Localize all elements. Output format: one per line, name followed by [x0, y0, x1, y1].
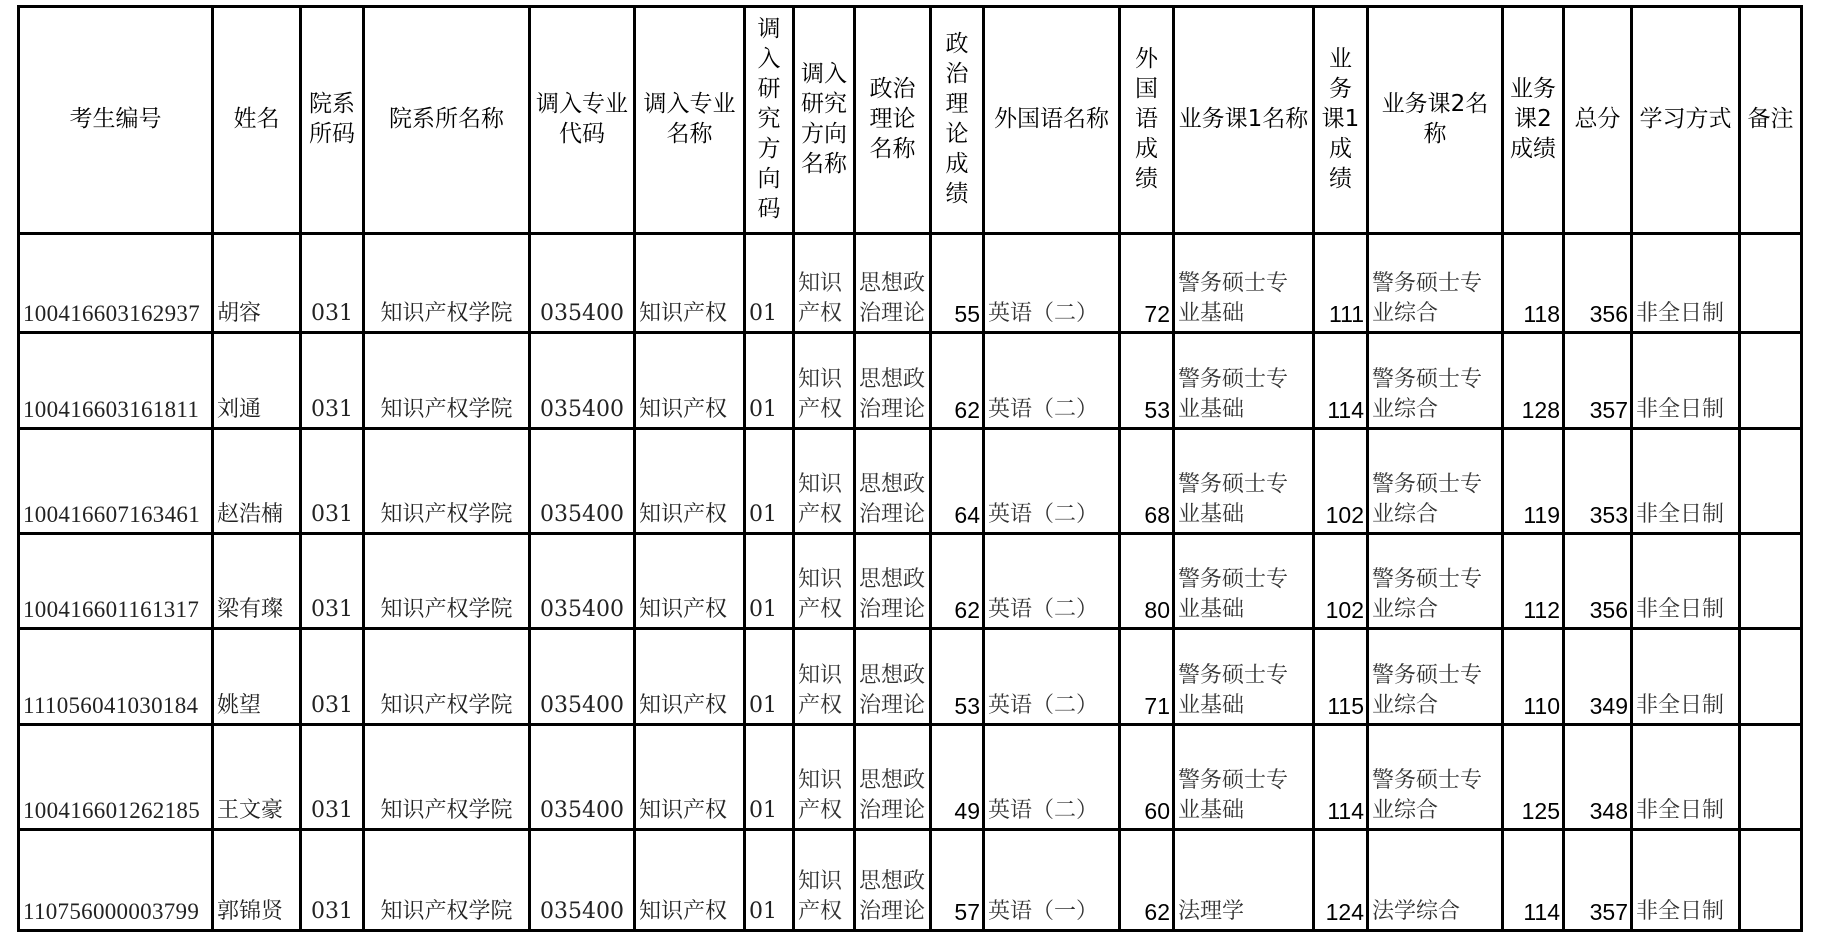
- cell-course1-name: 警务硕士专业基础: [1174, 629, 1314, 725]
- cell-total: 353: [1564, 429, 1632, 534]
- cell-politics-name: 思想政治理论: [855, 629, 931, 725]
- header-politics-name: 政治理论名称: [855, 7, 931, 234]
- cell-foreign-lang-score: 68: [1120, 429, 1174, 534]
- cell-major-name: 知识产权: [635, 429, 745, 534]
- cell-major-name: 知识产权: [635, 725, 745, 830]
- cell-exam-id: 100416607163461: [19, 429, 213, 534]
- cell-politics-name: 思想政治理论: [855, 333, 931, 429]
- cell-study-mode: 非全日制: [1632, 234, 1740, 333]
- cell-study-mode: 非全日制: [1632, 629, 1740, 725]
- cell-dept-code: 031: [301, 534, 364, 629]
- admission-score-sheet: 考生编号 姓名 院系所码 院系所名称 调入专业代码 调入专业名称 调入研究方向码…: [17, 5, 1803, 932]
- cell-course1-name: 警务硕士专业基础: [1174, 234, 1314, 333]
- cell-major-code: 035400: [530, 830, 635, 931]
- cell-study-mode: 非全日制: [1632, 534, 1740, 629]
- cell-course1-score: 124: [1314, 830, 1368, 931]
- cell-foreign-lang-name: 英语（二）: [984, 234, 1120, 333]
- cell-total: 356: [1564, 534, 1632, 629]
- cell-course1-name: 警务硕士专业基础: [1174, 725, 1314, 830]
- cell-study-mode: 非全日制: [1632, 429, 1740, 534]
- cell-foreign-lang-name: 英语（二）: [984, 629, 1120, 725]
- cell-remark: [1740, 429, 1802, 534]
- cell-major-name: 知识产权: [635, 534, 745, 629]
- cell-dept-code: 031: [301, 830, 364, 931]
- cell-course2-name: 警务硕士专业综合: [1368, 333, 1503, 429]
- cell-exam-id: 100416603162937: [19, 234, 213, 333]
- cell-total: 348: [1564, 725, 1632, 830]
- cell-course2-name: 警务硕士专业综合: [1368, 725, 1503, 830]
- cell-course2-score: 119: [1503, 429, 1564, 534]
- cell-course1-name: 警务硕士专业基础: [1174, 534, 1314, 629]
- cell-remark: [1740, 534, 1802, 629]
- cell-foreign-lang-score: 60: [1120, 725, 1174, 830]
- cell-direction-name: 知识产权: [794, 629, 855, 725]
- cell-course2-name: 警务硕士专业综合: [1368, 429, 1503, 534]
- cell-dept-code: 031: [301, 429, 364, 534]
- cell-foreign-lang-score: 53: [1120, 333, 1174, 429]
- cell-course2-name: 法学综合: [1368, 830, 1503, 931]
- cell-name: 胡容: [213, 234, 301, 333]
- cell-major-code: 035400: [530, 429, 635, 534]
- cell-politics-score: 49: [931, 725, 984, 830]
- cell-direction-code: 01: [745, 629, 794, 725]
- cell-course1-score: 114: [1314, 725, 1368, 830]
- cell-remark: [1740, 830, 1802, 931]
- cell-direction-code: 01: [745, 234, 794, 333]
- cell-course1-name: 警务硕士专业基础: [1174, 429, 1314, 534]
- header-remark: 备注: [1740, 7, 1802, 234]
- header-course2-name: 业务课2名称: [1368, 7, 1503, 234]
- cell-study-mode: 非全日制: [1632, 830, 1740, 931]
- cell-major-code: 035400: [530, 725, 635, 830]
- cell-course1-name: 警务硕士专业基础: [1174, 333, 1314, 429]
- cell-exam-id: 100416603161811: [19, 333, 213, 429]
- cell-foreign-lang-name: 英语（一）: [984, 830, 1120, 931]
- table-row: 100416603162937 胡容 031 知识产权学院 035400 知识产…: [19, 234, 1802, 333]
- header-exam-id: 考生编号: [19, 7, 213, 234]
- header-direction-code: 调入研究方向码: [745, 7, 794, 234]
- cell-total: 357: [1564, 830, 1632, 931]
- cell-name: 姚望: [213, 629, 301, 725]
- cell-remark: [1740, 725, 1802, 830]
- cell-total: 357: [1564, 333, 1632, 429]
- cell-direction-name: 知识产权: [794, 234, 855, 333]
- cell-name: 刘通: [213, 333, 301, 429]
- cell-dept-name: 知识产权学院: [364, 629, 530, 725]
- cell-major-code: 035400: [530, 534, 635, 629]
- header-dept-code: 院系所码: [301, 7, 364, 234]
- cell-course1-score: 115: [1314, 629, 1368, 725]
- cell-dept-code: 031: [301, 725, 364, 830]
- cell-course1-score: 102: [1314, 429, 1368, 534]
- header-major-name: 调入专业名称: [635, 7, 745, 234]
- header-politics-score: 政治理论成绩: [931, 7, 984, 234]
- cell-politics-score: 57: [931, 830, 984, 931]
- header-course1-name: 业务课1名称: [1174, 7, 1314, 234]
- cell-direction-name: 知识产权: [794, 534, 855, 629]
- header-foreign-lang-score: 外国语成绩: [1120, 7, 1174, 234]
- candidate-score-table: 考生编号 姓名 院系所码 院系所名称 调入专业代码 调入专业名称 调入研究方向码…: [17, 5, 1803, 932]
- table-row: 100416601161317 梁有璨 031 知识产权学院 035400 知识…: [19, 534, 1802, 629]
- cell-exam-id: 100416601161317: [19, 534, 213, 629]
- cell-direction-name: 知识产权: [794, 725, 855, 830]
- cell-foreign-lang-name: 英语（二）: [984, 534, 1120, 629]
- cell-politics-name: 思想政治理论: [855, 429, 931, 534]
- cell-remark: [1740, 629, 1802, 725]
- cell-politics-name: 思想政治理论: [855, 725, 931, 830]
- cell-remark: [1740, 234, 1802, 333]
- cell-foreign-lang-score: 80: [1120, 534, 1174, 629]
- cell-politics-score: 55: [931, 234, 984, 333]
- table-row: 100416601262185 王文豪 031 知识产权学院 035400 知识…: [19, 725, 1802, 830]
- header-dept-name: 院系所名称: [364, 7, 530, 234]
- cell-dept-name: 知识产权学院: [364, 725, 530, 830]
- cell-name: 赵浩楠: [213, 429, 301, 534]
- cell-name: 王文豪: [213, 725, 301, 830]
- cell-name: 郭锦贤: [213, 830, 301, 931]
- cell-course2-score: 112: [1503, 534, 1564, 629]
- cell-politics-score: 62: [931, 333, 984, 429]
- header-course1-score: 业务课1成绩: [1314, 7, 1368, 234]
- cell-course2-score: 128: [1503, 333, 1564, 429]
- cell-course2-name: 警务硕士专业综合: [1368, 234, 1503, 333]
- cell-total: 349: [1564, 629, 1632, 725]
- cell-exam-id: 100416601262185: [19, 725, 213, 830]
- cell-dept-code: 031: [301, 234, 364, 333]
- cell-major-name: 知识产权: [635, 234, 745, 333]
- header-course2-score: 业务课2成绩: [1503, 7, 1564, 234]
- table-row: 110756000003799 郭锦贤 031 知识产权学院 035400 知识…: [19, 830, 1802, 931]
- cell-direction-name: 知识产权: [794, 429, 855, 534]
- cell-study-mode: 非全日制: [1632, 725, 1740, 830]
- cell-dept-code: 031: [301, 333, 364, 429]
- cell-direction-code: 01: [745, 333, 794, 429]
- cell-direction-name: 知识产权: [794, 333, 855, 429]
- cell-major-name: 知识产权: [635, 830, 745, 931]
- header-study-mode: 学习方式: [1632, 7, 1740, 234]
- cell-study-mode: 非全日制: [1632, 333, 1740, 429]
- cell-exam-id: 111056041030184: [19, 629, 213, 725]
- cell-direction-code: 01: [745, 830, 794, 931]
- cell-politics-name: 思想政治理论: [855, 234, 931, 333]
- cell-name: 梁有璨: [213, 534, 301, 629]
- cell-course2-name: 警务硕士专业综合: [1368, 629, 1503, 725]
- cell-major-name: 知识产权: [635, 629, 745, 725]
- cell-course2-score: 110: [1503, 629, 1564, 725]
- header-foreign-lang-name: 外国语名称: [984, 7, 1120, 234]
- cell-direction-name: 知识产权: [794, 830, 855, 931]
- table-row: 100416603161811 刘通 031 知识产权学院 035400 知识产…: [19, 333, 1802, 429]
- cell-dept-name: 知识产权学院: [364, 234, 530, 333]
- cell-course2-name: 警务硕士专业综合: [1368, 534, 1503, 629]
- cell-foreign-lang-score: 71: [1120, 629, 1174, 725]
- cell-remark: [1740, 333, 1802, 429]
- cell-course2-score: 118: [1503, 234, 1564, 333]
- cell-dept-name: 知识产权学院: [364, 534, 530, 629]
- cell-direction-code: 01: [745, 429, 794, 534]
- cell-course1-score: 102: [1314, 534, 1368, 629]
- table-row: 111056041030184 姚望 031 知识产权学院 035400 知识产…: [19, 629, 1802, 725]
- cell-course1-score: 114: [1314, 333, 1368, 429]
- header-direction-name: 调入研究方向名称: [794, 7, 855, 234]
- cell-course1-name: 法理学: [1174, 830, 1314, 931]
- cell-course2-score: 114: [1503, 830, 1564, 931]
- cell-foreign-lang-name: 英语（二）: [984, 333, 1120, 429]
- cell-politics-score: 64: [931, 429, 984, 534]
- cell-foreign-lang-score: 72: [1120, 234, 1174, 333]
- cell-foreign-lang-name: 英语（二）: [984, 725, 1120, 830]
- cell-foreign-lang-name: 英语（二）: [984, 429, 1120, 534]
- cell-course1-score: 111: [1314, 234, 1368, 333]
- cell-course2-score: 125: [1503, 725, 1564, 830]
- cell-major-name: 知识产权: [635, 333, 745, 429]
- cell-dept-name: 知识产权学院: [364, 333, 530, 429]
- cell-total: 356: [1564, 234, 1632, 333]
- cell-politics-name: 思想政治理论: [855, 830, 931, 931]
- cell-direction-code: 01: [745, 725, 794, 830]
- header-name: 姓名: [213, 7, 301, 234]
- cell-major-code: 035400: [530, 333, 635, 429]
- header-row: 考生编号 姓名 院系所码 院系所名称 调入专业代码 调入专业名称 调入研究方向码…: [19, 7, 1802, 234]
- cell-major-code: 035400: [530, 629, 635, 725]
- cell-dept-name: 知识产权学院: [364, 830, 530, 931]
- cell-politics-name: 思想政治理论: [855, 534, 931, 629]
- cell-exam-id: 110756000003799: [19, 830, 213, 931]
- cell-dept-name: 知识产权学院: [364, 429, 530, 534]
- cell-major-code: 035400: [530, 234, 635, 333]
- header-major-code: 调入专业代码: [530, 7, 635, 234]
- cell-dept-code: 031: [301, 629, 364, 725]
- cell-politics-score: 62: [931, 534, 984, 629]
- cell-direction-code: 01: [745, 534, 794, 629]
- table-row: 100416607163461 赵浩楠 031 知识产权学院 035400 知识…: [19, 429, 1802, 534]
- cell-foreign-lang-score: 62: [1120, 830, 1174, 931]
- header-total: 总分: [1564, 7, 1632, 234]
- cell-politics-score: 53: [931, 629, 984, 725]
